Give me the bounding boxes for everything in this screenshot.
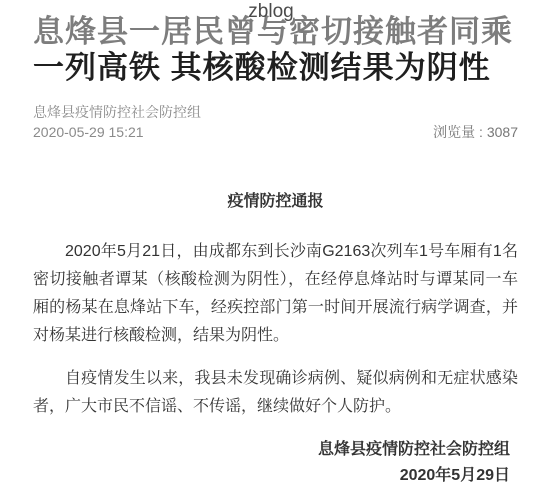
article-source: 息烽县疫情防控社会防控组 <box>33 102 518 122</box>
notice-heading: 疫情防控通报 <box>33 192 518 212</box>
article-title-line-1: 息烽县一居民曾与密切接触者同乘 <box>33 14 518 50</box>
article-title-line-2: 一列高铁 其核酸检测结果为阴性 <box>33 50 518 86</box>
view-count: 浏览量 : 3087 <box>433 122 518 142</box>
body-paragraph-1: 2020年5月21日，由成都东到长沙南G2163次列车1号车厢有1名密切接触者谭… <box>33 238 518 350</box>
article-container: 息烽县一居民曾与密切接触者同乘 一列高铁 其核酸检测结果为阴性 息烽县疫情防控社… <box>0 0 542 489</box>
article-meta: 息烽县疫情防控社会防控组 2020-05-29 15:21 浏览量 : 3087 <box>33 102 518 142</box>
article-title: 息烽县一居民曾与密切接触者同乘 一列高铁 其核酸检测结果为阴性 <box>33 14 518 86</box>
signature-org: 息烽县疫情防控社会防控组 <box>33 437 510 463</box>
signature-block: 息烽县疫情防控社会防控组 2020年5月29日 <box>33 437 518 489</box>
article-page: zblog 息烽县一居民曾与密切接触者同乘 一列高铁 其核酸检测结果为阴性 息烽… <box>0 0 542 500</box>
signature-date: 2020年5月29日 <box>33 463 510 489</box>
body-paragraph-2: 自疫情发生以来，我县未发现确诊病例、疑似病例和无症状感染者，广大市民不信谣、不传… <box>33 365 518 421</box>
article-meta-row: 2020-05-29 15:21 浏览量 : 3087 <box>33 122 518 142</box>
publish-datetime: 2020-05-29 15:21 <box>33 122 144 142</box>
